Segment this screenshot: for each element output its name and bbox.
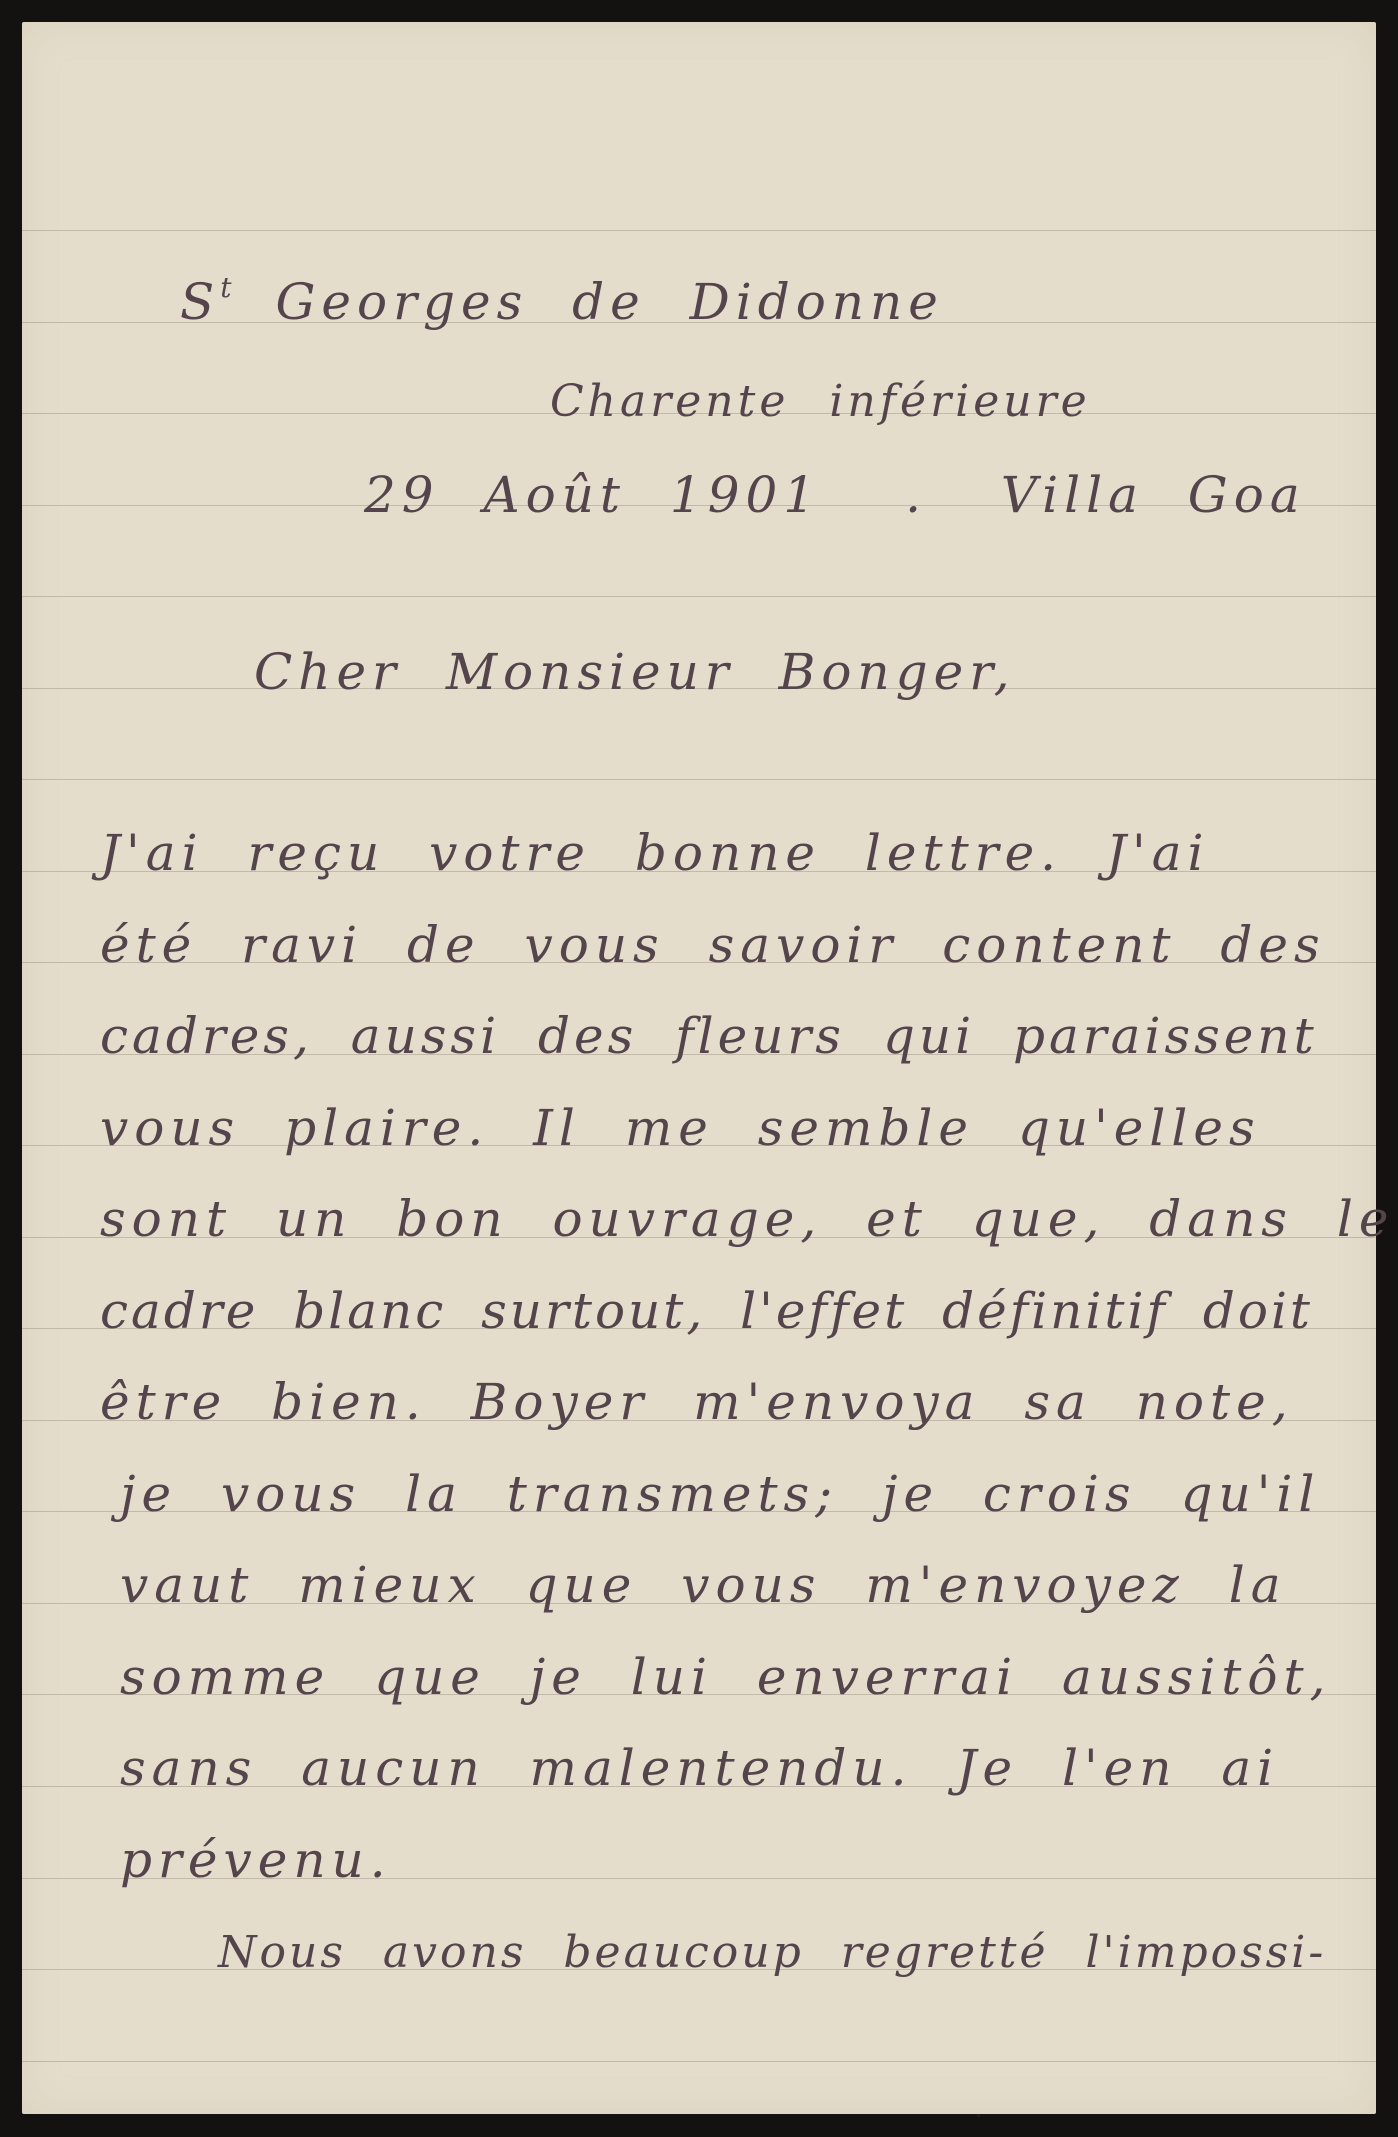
header-date-line: 29 Août 1901 . Villa Goa <box>364 470 1306 520</box>
letter-page: St Georges de Didonne Charente inférieur… <box>22 22 1376 2114</box>
villa-name: Villa Goa <box>1001 466 1306 524</box>
ruled-line <box>22 779 1376 780</box>
place-prefix-superscript: t <box>220 271 231 304</box>
header-region: Charente inférieure <box>550 380 1091 424</box>
ruled-line <box>22 230 1376 231</box>
place-prefix: S <box>180 273 220 331</box>
body-line: vaut mieux que vous m'envoyez la <box>120 1560 1287 1610</box>
body-line: prévenu. <box>120 1835 392 1885</box>
ruled-line <box>22 2061 1376 2062</box>
body-line: être bien. Boyer m'envoya sa note, <box>100 1377 1294 1427</box>
date-separator: . <box>905 466 927 524</box>
body-line: sont un bon ouvrage, et que, dans le <box>100 1194 1394 1244</box>
body-line: été ravi de vous savoir content des <box>100 920 1326 970</box>
letter-date: 29 Août 1901 <box>364 466 821 524</box>
body-line: vous plaire. Il me semble qu'elles <box>100 1103 1261 1153</box>
body-line: Nous avons beaucoup regretté l'impossi- <box>218 1931 1326 1975</box>
header-place: St Georges de Didonne <box>180 274 944 327</box>
salutation: Cher Monsieur Bonger, <box>254 647 1016 697</box>
body-line: cadres, aussi des fleurs qui paraissent <box>100 1011 1318 1061</box>
body-line: somme que je lui enverrai aussitôt, <box>120 1652 1331 1702</box>
body-line: je vous la transmets; je crois qu'il <box>120 1469 1320 1519</box>
body-line: J'ai reçu votre bonne lettre. J'ai <box>100 828 1210 878</box>
place-name: Georges de Didonne <box>275 273 943 331</box>
ruled-line <box>22 596 1376 597</box>
body-line: sans aucun malentendu. Je l'en ai <box>120 1743 1279 1793</box>
body-line: cadre blanc surtout, l'effet définitif d… <box>100 1286 1313 1336</box>
